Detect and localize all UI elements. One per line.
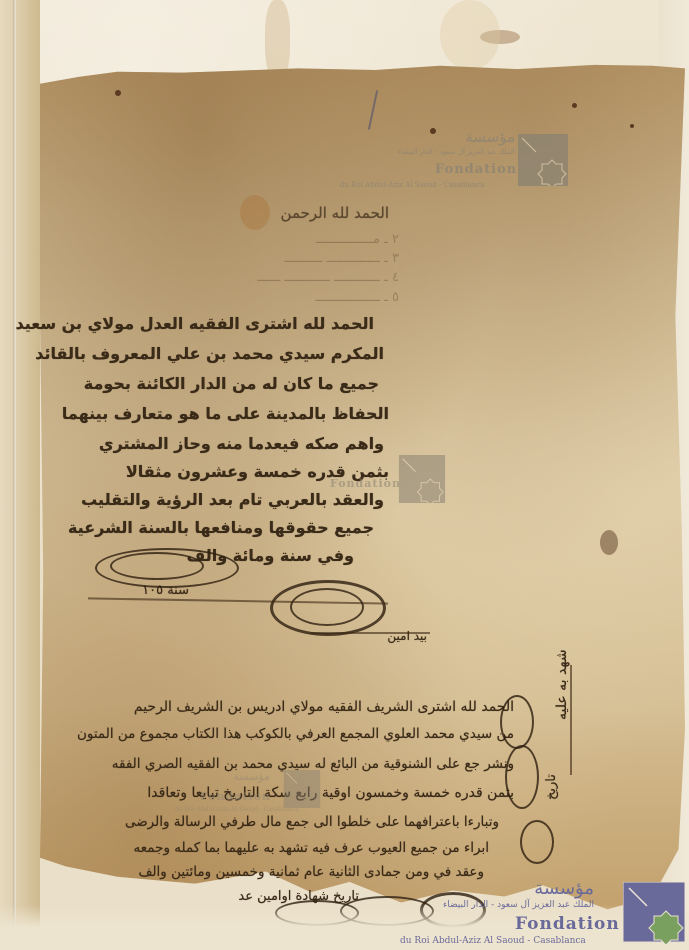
margin-scribble [520,820,554,864]
deed-line: جميع حقوقها ومنافعها بالسنة الشرعية [68,520,374,536]
fondation-logo-icon [518,134,568,186]
deed-line: جميع ما كان له من الدار الكائنة بحومة [84,376,379,392]
ink-spot [630,124,634,128]
watermark-arabic-title: مؤسسة [465,128,515,146]
fondation-watermark: مؤسسة الملك عبد العزيز آل سعود - الدار ا… [440,878,689,950]
stain-patch [240,195,270,230]
watermark-arabic-subtitle: الملك عبد العزيز آل سعود - الدار البيضاء [443,900,594,910]
margin-note-vertical: شهد به عليه [555,649,569,720]
ink-spot [115,90,121,96]
fondation-watermark: مؤسسة الملك عبد العزيز آل سعود - الدار ا… [340,128,570,190]
watermark-arabic-title: مؤسسة [233,770,270,783]
fondation-watermark: Fondation [330,455,450,505]
margin-scribble [500,695,534,749]
faint-heading-line: ٤ ـ ــــــــــــ ــــــــــــ ــــــ [257,271,399,284]
faint-heading-line: ٢ ـ مـــــــــــــــ [316,233,399,246]
margin-scribble [505,745,539,809]
fondation-watermark: مؤسسة Fondation du Roi Abdul-Aziz Al Sao… [175,770,325,820]
notary-signature-scribble [290,588,364,626]
margin-note-vertical: تاريخ [545,774,558,800]
notary-signature-scribble [110,552,204,580]
watermark-french-subtitle: du Roi Abdul-Aziz Al Saoud - Casablanca [340,181,484,189]
deed-line: ابراء من جميع العيوب عرف فيه تشهد به علي… [134,842,489,856]
fondation-logo-icon [398,455,446,503]
watermark-arabic-title: مؤسسة [534,878,594,899]
deed-line: المكرم سيدي محمد بن علي المعروف بالقائد [35,346,384,362]
watermark-french-title: Fondation [200,790,271,803]
binding-seam [13,0,16,950]
signature-underline [310,632,430,634]
fondation-logo-icon [280,770,324,808]
fondation-logo-icon [623,882,685,944]
deed-line: الحمد لله اشترى الشريف الفقيه مولاي ادري… [134,700,514,714]
deed-line: واهم صكه فيعدما منه وحاز المشتري [99,436,384,452]
deed-line: وعقد في ومن جمادى الثانية عام ثمانية وخم… [138,866,484,880]
watermark-french-title: Fondation [515,914,620,934]
deed-line: الحفاظ بالمدينة على ما هو متعارف بينهما [62,406,389,422]
watermark-french-subtitle: du Roi Abdul-Aziz Al Saoud - Casablanca [400,936,586,946]
faint-heading-line: ٣ ـ ــــــــــــــ ــــــــــ [284,252,399,265]
stain-patch [600,530,618,555]
margin-vertical-rule [570,665,572,775]
watermark-french-title: Fondation [330,477,401,490]
deed-line: من سيدي محمد العلوي المجمع العرفي بالكوك… [77,728,514,742]
faint-heading-title: الحمد لله الرحمن [281,206,389,221]
watermark-arabic-subtitle: الملك عبد العزيز آل سعود - الدار البيضاء [398,148,515,156]
left-binding-strip [0,0,40,950]
ink-spot [572,103,577,108]
deed-line: الحمد لله اشترى الفقيه العدل مولاي بن سع… [16,316,374,332]
watermark-french-title: Fondation [435,162,517,177]
faint-heading-line: ٥ ـ ـــــــــــــــــ [315,291,399,304]
